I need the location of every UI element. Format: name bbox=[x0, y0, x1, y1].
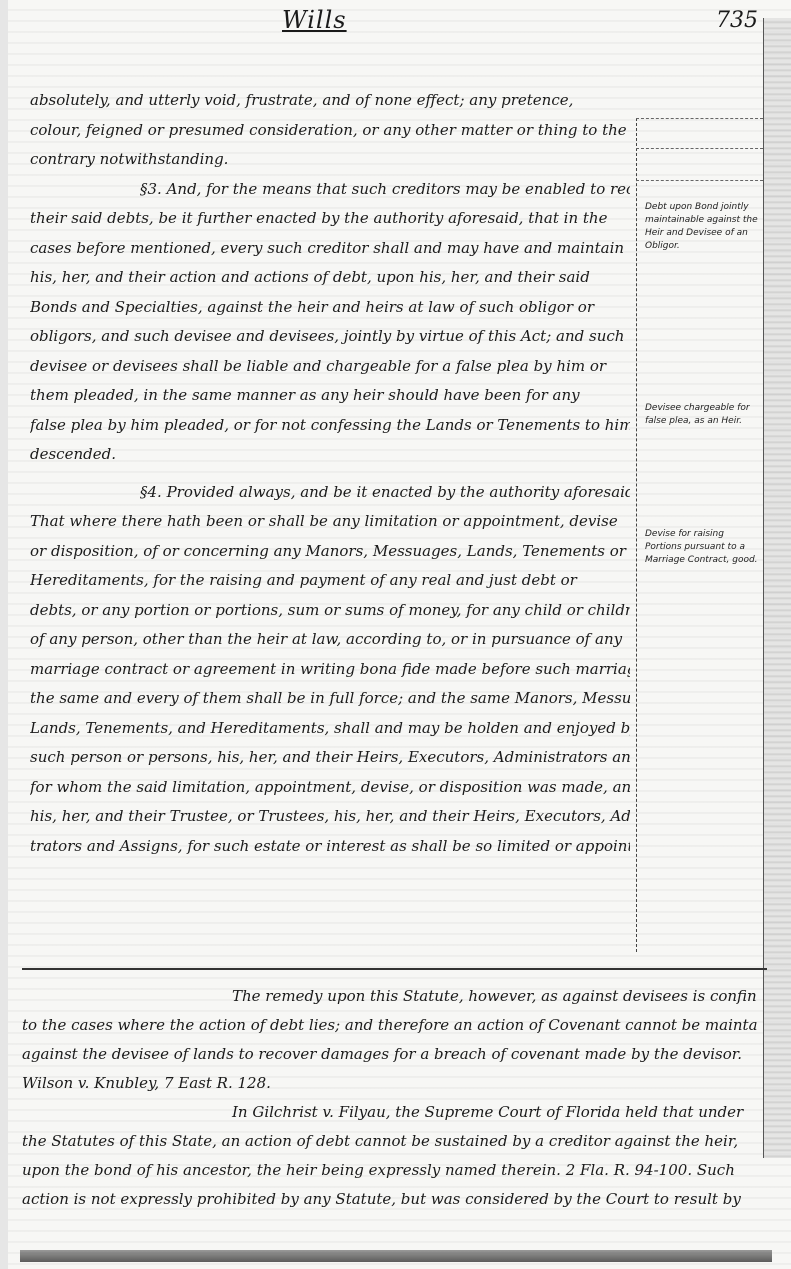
text-line: or disposition, of or concerning any Man… bbox=[30, 537, 630, 567]
text-line: That where there hath been or shall be a… bbox=[30, 507, 630, 537]
annotation-divider bbox=[22, 968, 767, 970]
annotation-line: In Gilchrist v. Filyau, the Supreme Cour… bbox=[22, 1098, 757, 1127]
right-border-line bbox=[763, 18, 764, 1158]
scan-shadow bbox=[20, 1250, 772, 1262]
margin-rule bbox=[636, 118, 763, 119]
text-line: devisee or devisees shall be liable and … bbox=[30, 352, 630, 382]
margin-rule bbox=[636, 148, 763, 149]
text-line: absolutely, and utterly void, frustrate,… bbox=[30, 86, 630, 116]
text-line: false plea by him pleaded, or for not co… bbox=[30, 411, 630, 441]
text-line: descended. bbox=[30, 440, 630, 470]
document-page: Wills 735 absolutely, and utterly void, … bbox=[0, 0, 791, 1269]
text-line: debts, or any portion or portions, sum o… bbox=[30, 596, 630, 626]
page-title: Wills bbox=[282, 6, 347, 34]
annotation-line: to the cases where the action of debt li… bbox=[22, 1011, 757, 1040]
section-4-heading-line: §4. Provided always, and be it enacted b… bbox=[30, 478, 630, 508]
marginal-column-divider bbox=[636, 118, 637, 952]
statute-text: absolutely, and utterly void, frustrate,… bbox=[30, 86, 630, 861]
annotation-line: upon the bond of his ancestor, the heir … bbox=[22, 1156, 757, 1185]
text-line: marriage contract or agreement in writin… bbox=[30, 655, 630, 685]
annotation-line: against the devisee of lands to recover … bbox=[22, 1040, 757, 1069]
text-line: cases before mentioned, every such credi… bbox=[30, 234, 630, 264]
annotations: The remedy upon this Statute, however, a… bbox=[22, 982, 757, 1214]
text-line: Hereditaments, for the raising and payme… bbox=[30, 566, 630, 596]
page-number: 735 bbox=[716, 8, 758, 33]
marginal-note-devise-for-portions: Devise for raising Portions pursuant to … bbox=[645, 528, 760, 567]
text-line: such person or persons, his, her, and th… bbox=[30, 743, 630, 773]
annotation-line: action is not expressly prohibited by an… bbox=[22, 1185, 757, 1214]
marginal-note-devisee-chargeable: Devisee chargeable for false plea, as an… bbox=[645, 402, 760, 428]
text-line: for whom the said limitation, appointmen… bbox=[30, 773, 630, 803]
annotation-line: The remedy upon this Statute, however, a… bbox=[22, 982, 757, 1011]
text-line: of any person, other than the heir at la… bbox=[30, 625, 630, 655]
text-line: them pleaded, in the same manner as any … bbox=[30, 381, 630, 411]
scan-edge bbox=[0, 0, 8, 1269]
text-line: his, her, and their action and actions o… bbox=[30, 263, 630, 293]
text-line: trators and Assigns, for such estate or … bbox=[30, 832, 630, 862]
text-line: his, her, and their Trustee, or Trustees… bbox=[30, 802, 630, 832]
page-header: Wills 735 bbox=[0, 0, 791, 40]
text-line: colour, feigned or presumed consideratio… bbox=[30, 116, 630, 146]
text-line: obligors, and such devisee and devisees,… bbox=[30, 322, 630, 352]
case-citation: Wilson v. Knubley, 7 East R. 128. bbox=[22, 1069, 757, 1098]
text-line: their said debts, be it further enacted … bbox=[30, 204, 630, 234]
text-line: the same and every of them shall be in f… bbox=[30, 684, 630, 714]
marginal-note-debt-upon-bond: Debt upon Bond jointly maintainable agai… bbox=[645, 201, 760, 253]
text-line: Lands, Tenements, and Hereditaments, sha… bbox=[30, 714, 630, 744]
section-3-heading-line: §3. And, for the means that such credito… bbox=[30, 175, 630, 205]
text-line: contrary notwithstanding. bbox=[30, 145, 630, 175]
annotation-line: the Statutes of this State, an action of… bbox=[22, 1127, 757, 1156]
margin-rule bbox=[636, 180, 763, 181]
right-margin-ruling bbox=[763, 18, 791, 1158]
text-line: Bonds and Specialties, against the heir … bbox=[30, 293, 630, 323]
